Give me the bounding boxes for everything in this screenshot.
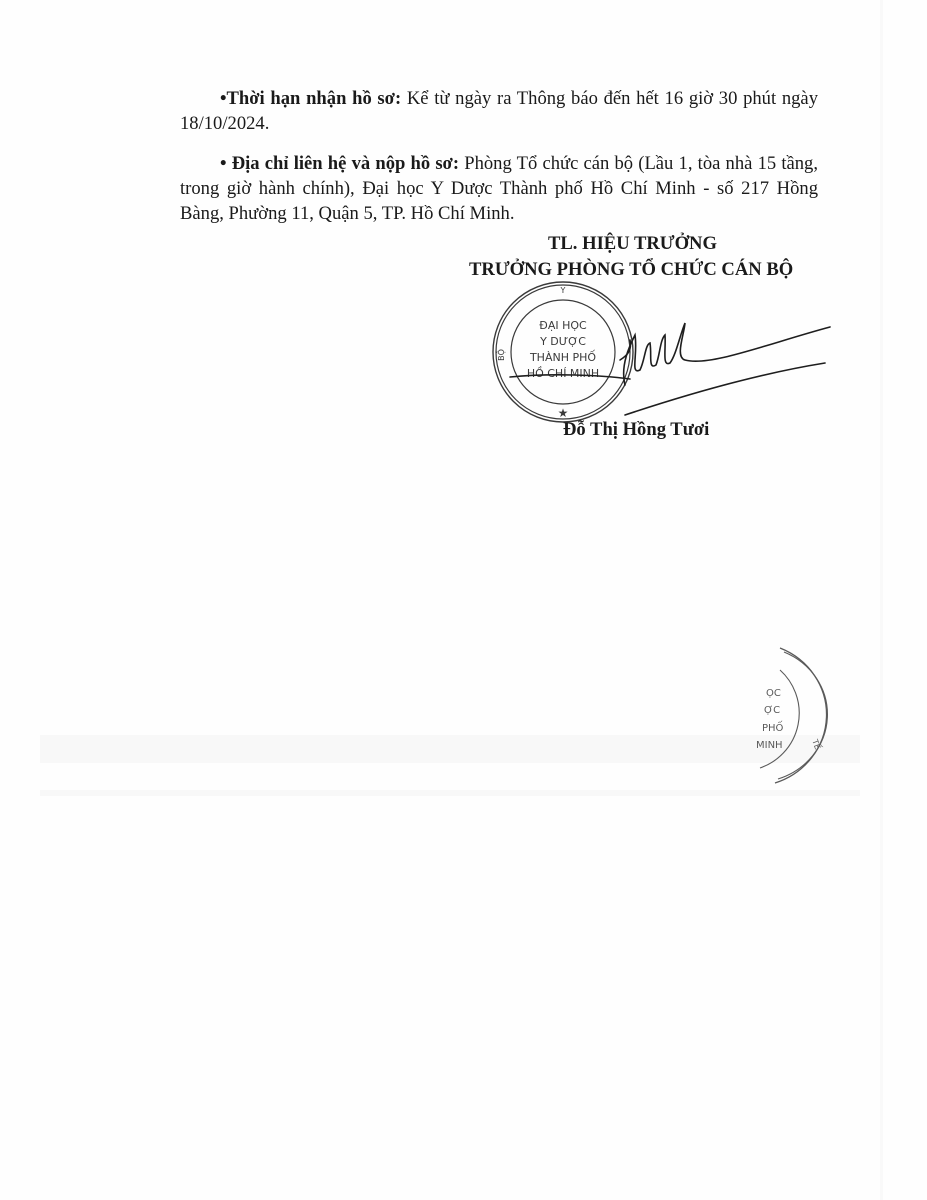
- seal-left-text: BỘ: [495, 349, 506, 361]
- scan-artifact: [880, 0, 883, 1200]
- deadline-paragraph: •Thời hạn nhận hồ sơ: Kể từ ngày ra Thôn…: [180, 86, 818, 136]
- partial-seal-icon: ỌC ỢC PHỐ MINH TẾ: [740, 640, 860, 790]
- contact-address-paragraph: • Địa chỉ liên hệ và nộp hồ sơ: Phòng Tổ…: [180, 151, 818, 226]
- seal-star-icon: ★: [558, 406, 569, 420]
- bullet: •: [220, 153, 227, 174]
- scan-artifact: [40, 735, 860, 763]
- seal-line-1: ĐẠI HỌC: [539, 319, 587, 332]
- partial-seal-line-4: MINH: [756, 740, 783, 751]
- signature-title-line1: TL. HIỆU TRƯỞNG: [548, 233, 717, 255]
- seal-top-letter: Y: [560, 286, 566, 295]
- seal-line-3: THÀNH PHỐ: [529, 350, 596, 364]
- seal-line-2: Y DƯỢC: [539, 335, 586, 348]
- partial-seal-line-1: ỌC: [766, 688, 781, 699]
- official-seal-icon: Y ĐẠI HỌC Y DƯỢC THÀNH PHỐ HỒ CHÍ MINH B…: [470, 275, 840, 425]
- scan-artifact: [40, 790, 860, 796]
- seal-line-4: HỒ CHÍ MINH: [527, 366, 599, 380]
- contact-label: Địa chỉ liên hệ và nộp hồ sơ:: [232, 153, 459, 174]
- partial-seal-line-2: ỢC: [764, 705, 780, 716]
- signer-name: Đỗ Thị Hồng Tươi: [563, 419, 709, 441]
- document-page: •Thời hạn nhận hồ sơ: Kể từ ngày ra Thôn…: [0, 0, 927, 1200]
- partial-seal-line-3: PHỐ: [762, 720, 784, 734]
- deadline-label: Thời hạn nhận hồ sơ:: [227, 88, 402, 109]
